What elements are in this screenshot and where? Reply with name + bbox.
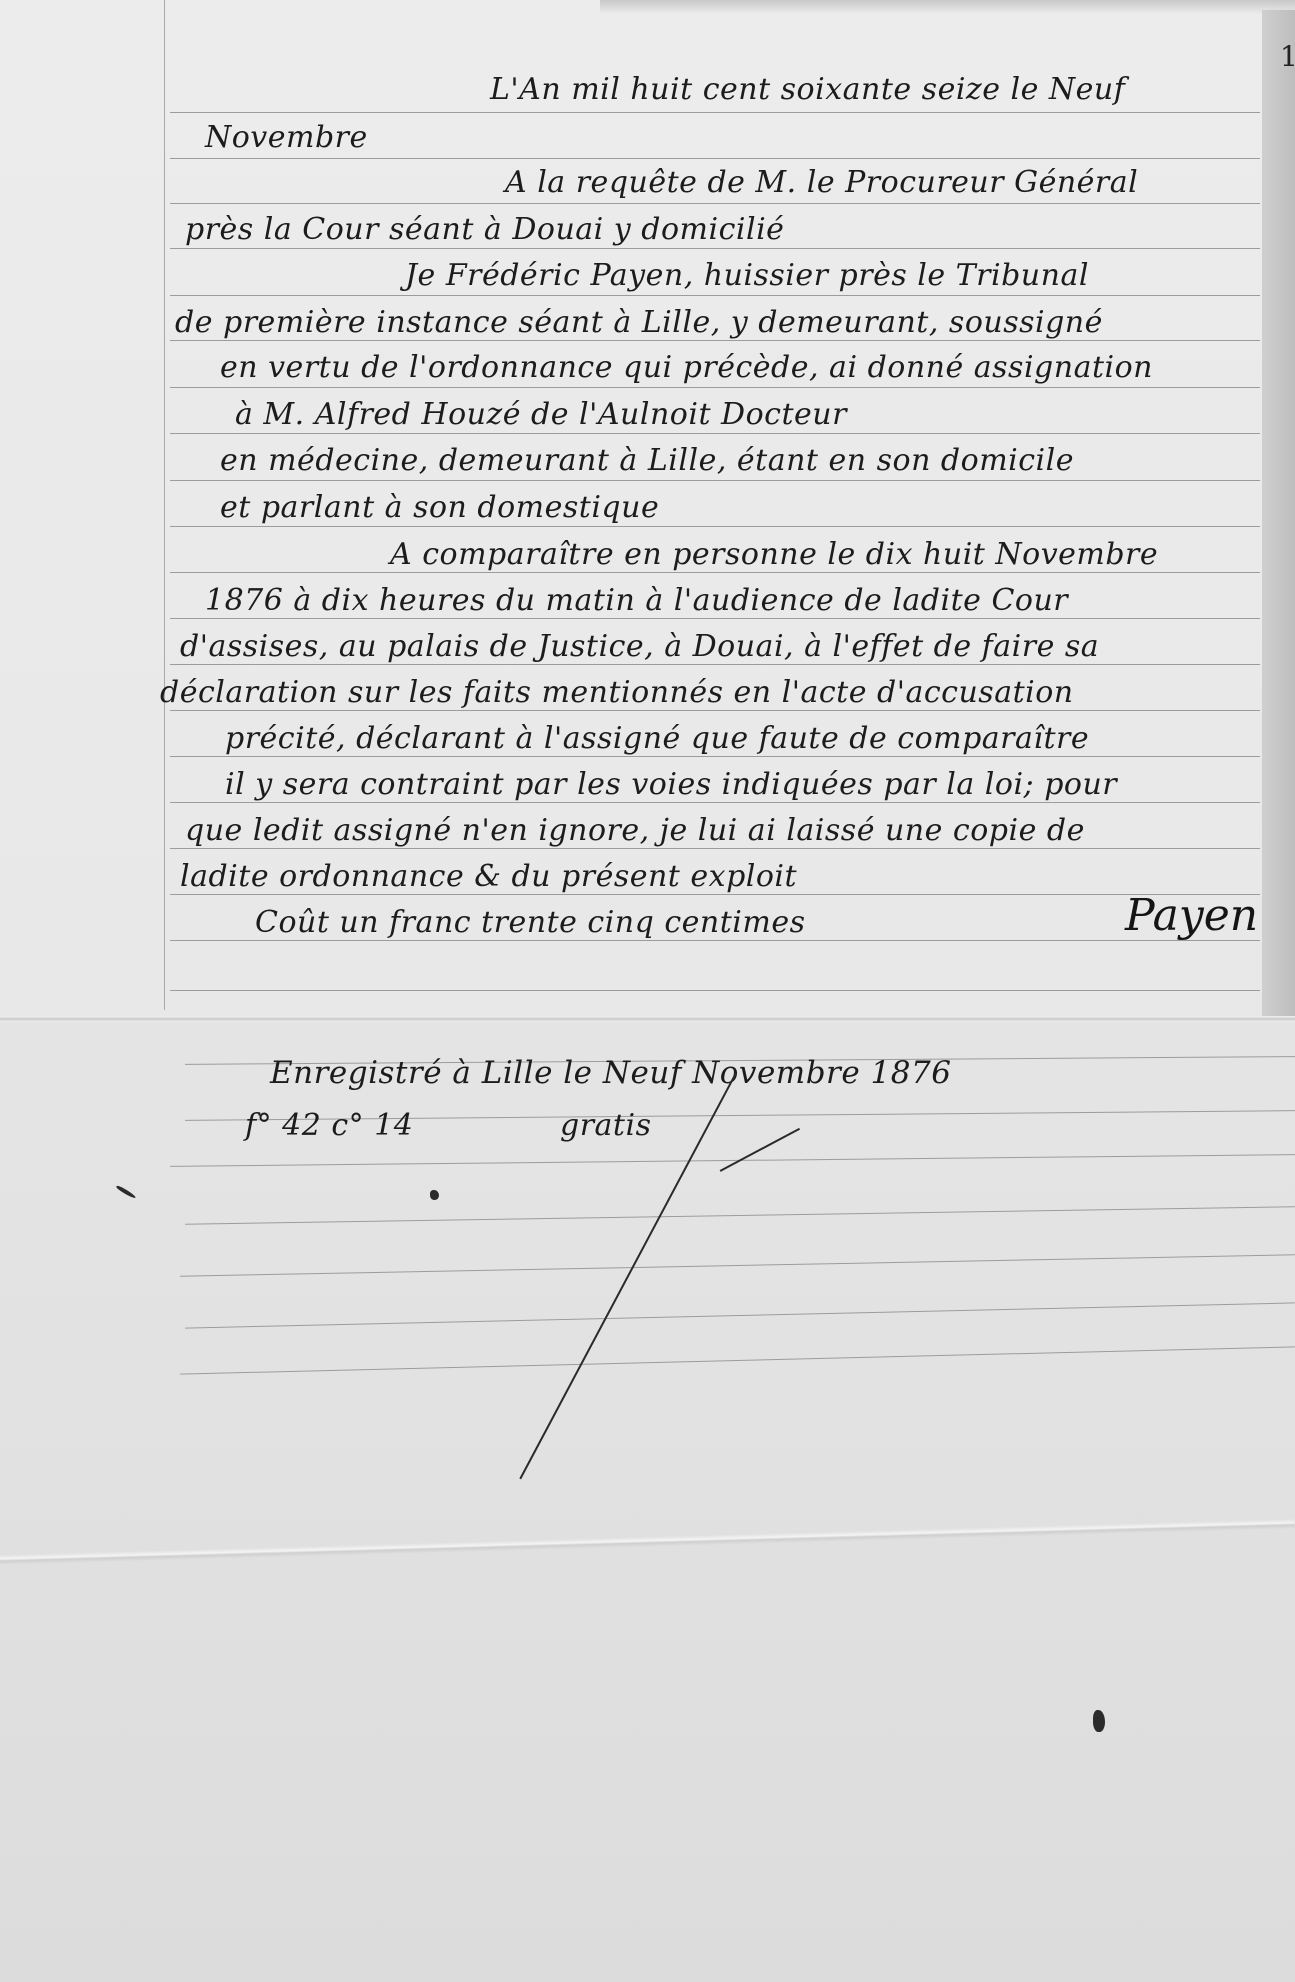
text-line-date: L'An mil huit cent soixante seize le Neu… [490,72,1125,107]
ink-stain [430,1190,439,1200]
ruled-line [170,802,1260,803]
ruled-line [180,1254,1295,1276]
text-line-month: Novembre [205,120,368,155]
ruled-line [170,158,1260,159]
ruled-line [180,1346,1295,1374]
document-page: 1 L'An mil huit cent soixante seize le N… [0,0,1295,1982]
text-line-ordonnance: en vertu de l'ordonnance qui précède, ai… [220,350,1153,385]
ruled-line [170,1154,1295,1167]
text-line-precite: précité, déclarant à l'assigné que faute… [225,721,1089,756]
ruled-line [170,940,1260,941]
text-line-witness: à M. Alfred Houzé de l'Aulnoit Docteur [235,397,847,432]
ruled-line [170,248,1260,249]
text-line-contraint: il y sera contraint par les voies indiqu… [225,767,1117,802]
bailiff-signature: Payen [1125,890,1258,941]
ruled-line [170,526,1260,527]
ruled-line [170,848,1260,849]
text-line-exploit: ladite ordonnance & du présent exploit [180,859,797,894]
ruled-line [170,112,1260,113]
text-line-assises: d'assises, au palais de Justice, à Douai… [180,629,1099,664]
text-line-copie: que ledit assigné n'en ignore, je lui ai… [185,813,1085,848]
pen-flourish [720,1128,800,1172]
ruled-line [170,618,1260,619]
ruled-line [170,340,1260,341]
ruled-line [170,572,1260,573]
top-shadow [600,0,1295,14]
sheet-edge [1262,10,1295,1020]
text-line-declaration: déclaration sur les faits mentionnés en … [160,675,1074,710]
text-line-domicile: en médecine, demeurant à Lille, étant en… [220,443,1074,478]
ruled-line [170,295,1260,296]
registration-line: Enregistré à Lille le Neuf Novembre 1876 [270,1055,951,1091]
registration-gratis: gratis [560,1108,651,1143]
text-line-cour: près la Cour séant à Douai y domicilié [185,212,784,247]
ruled-line [170,664,1260,665]
ruled-line [170,710,1260,711]
ruled-line [170,480,1260,481]
ruled-line [185,1206,1295,1224]
ink-stain [115,1185,136,1199]
text-line-requete: A la requête de M. le Procureur Général [505,165,1138,200]
margin-rule [164,0,165,1010]
ruled-line [170,990,1260,991]
ruled-line [170,894,1260,895]
paper-fold [0,1016,1295,1022]
text-line-tribunal: de première instance séant à Lille, y de… [175,305,1103,340]
text-line-comparaitre: A comparaître en personne le dix huit No… [390,537,1158,572]
registration-folio: f° 42 c° 14 [245,1108,413,1143]
ink-stain [1093,1710,1105,1732]
ruled-line [185,1302,1295,1328]
paper-crease [0,1519,1295,1565]
ruled-line [170,756,1260,757]
ruled-line [170,387,1260,388]
ruled-line [170,203,1260,204]
text-line-audience: 1876 à dix heures du matin à l'audience … [205,583,1068,618]
corner-mark: 1 [1280,40,1295,73]
text-line-domestique: et parlant à son domestique [220,490,659,525]
ruled-line [170,433,1260,434]
text-line-cout: Coût un franc trente cinq centimes [255,905,806,940]
text-line-huissier: Je Frédéric Payen, huissier près le Trib… [405,258,1089,293]
